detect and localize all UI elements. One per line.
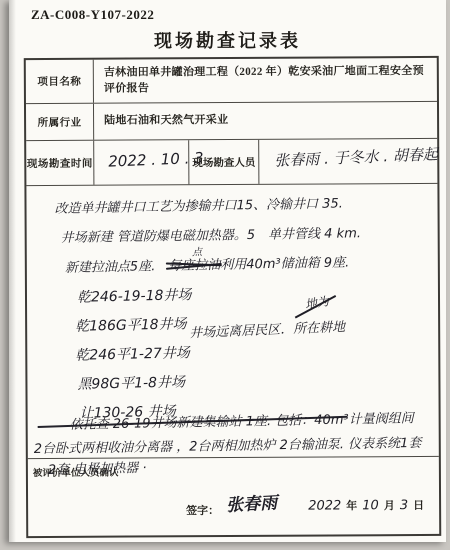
note-line-3-post: 利用40m³储油箱 9座. [220, 255, 349, 272]
date-month-unit: 月 [384, 500, 395, 512]
summary-line-2: 2台卧式两相收油分离器 ，2台两相加热炉 2台输油泵. 仪表系统1套 [34, 432, 422, 457]
scanned-form-page: ZA-C008-Y107-2022 现场勘查记录表 项目名称 吉林油田单井罐治理… [9, 0, 446, 542]
note-line-3: 新建拉油点5座. 每座拉油点利用40m³储油箱 9座. [65, 251, 350, 275]
well-site-3: 乾246平1-27井场 [75, 342, 190, 365]
signature-label: 签字： [186, 502, 219, 518]
date-year-unit: 年 [346, 500, 357, 512]
date-line: 2022年10月3日 [308, 497, 429, 514]
survey-record-table: 项目名称 吉林油田单井罐治理工程（2022 年）乾安采油厂地面工程安全预评价报告… [24, 56, 442, 538]
date-year-handwritten: 2022 [308, 498, 341, 513]
survey-people-label: 现场勘查人员 [188, 140, 259, 184]
side-note-residential: 井场远离居民区．所在耕地 [189, 316, 346, 341]
note-line-3-pre: 新建拉油点5座. [65, 259, 169, 276]
project-value: 吉林油田单井罐治理工程（2022 年）乾安采油厂地面工程安全预评价报告 [94, 58, 437, 103]
project-label: 项目名称 [26, 60, 94, 103]
row-industry: 所属行业 陆地石油和天然气开采业 [26, 101, 437, 140]
row-project: 项目名称 吉林油田单井罐治理工程（2022 年）乾安采油厂地面工程安全预评价报告 [26, 58, 437, 103]
note-line-1: 改造单井罐井口工艺为掺输井口15、冷输井口 35. [54, 192, 343, 217]
row-notes: 改造单井罐井口工艺为掺输井口15、冷输井口 35. 井场新建 管道防爆电磁加热器… [26, 183, 438, 458]
date-day-unit: 日 [413, 500, 424, 512]
survey-people-value-handwritten: 张春雨 . 于冬水 . 胡春起 [274, 143, 438, 171]
industry-label: 所属行业 [26, 104, 94, 140]
survey-time-label: 现场勘查时间 [26, 141, 94, 185]
well-site-1: 乾246-19-18井场 [77, 284, 192, 307]
well-site-4: 黑98G平1-8井场 [77, 371, 185, 393]
row-survey-meta: 现场勘查时间 2022 . 10 . 3 现场勘查人员 张春雨 . 于冬水 . … [26, 138, 437, 185]
note-line-2: 井场新建 管道防爆电磁加热器。5 单井管线 4 km. [61, 222, 362, 246]
industry-value: 陆地石油和天然气开采业 [94, 102, 437, 140]
date-day-handwritten: 3 [400, 498, 408, 513]
note-line-3-insert-above: 点 [192, 243, 202, 258]
date-month-handwritten: 10 [362, 498, 379, 513]
signature-handwritten: 张春雨 [225, 488, 277, 516]
summary-line-3: 2套 电极加热器 · [48, 457, 147, 478]
form-title: 现场勘查记录表 [9, 27, 446, 53]
well-site-2: 乾186G平18井场 [75, 313, 187, 336]
document-code: ZA-C008-Y107-2022 [31, 7, 154, 23]
